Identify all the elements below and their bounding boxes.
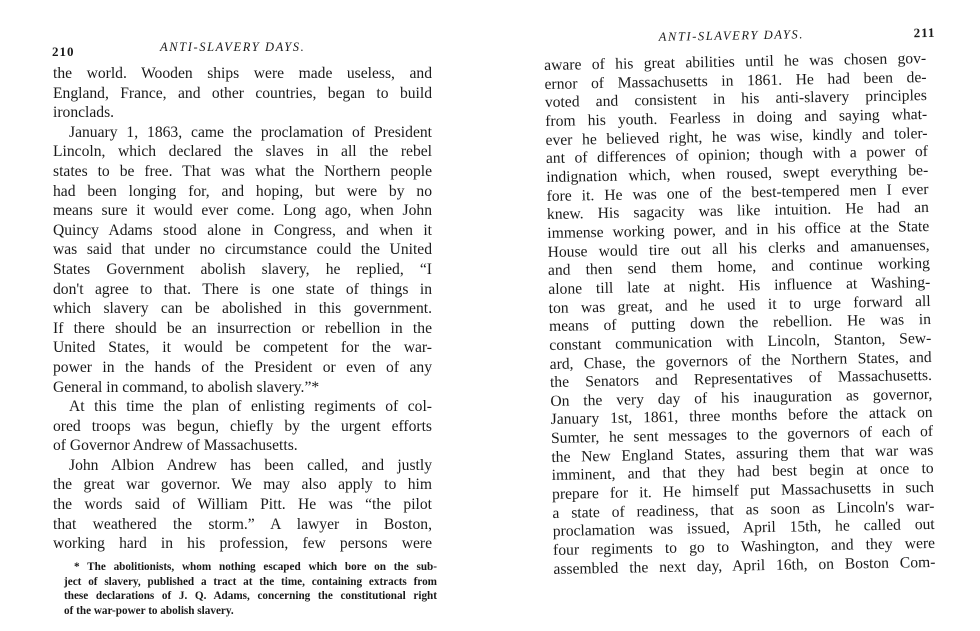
text-line: At this time the plan of enlisting regim…	[53, 397, 432, 417]
text-line: United States, it would be competent for…	[53, 338, 432, 358]
right-page: ANTI-SLAVERY DAYS. 211 aware of his grea…	[490, 0, 980, 631]
running-head-right: ANTI-SLAVERY DAYS.	[659, 27, 805, 45]
right-body-text: aware of his great abilities until he wa…	[544, 50, 936, 579]
page-number-left: 210	[52, 44, 75, 60]
left-footnote: * The abolitionists, whom nothing escape…	[64, 560, 437, 618]
text-line: General in command, to abolish slavery.”…	[53, 378, 432, 398]
text-line: If there should be an insurrection or re…	[53, 319, 432, 339]
text-line: Quincy Adams stood alone in Congress, an…	[53, 221, 432, 241]
text-line: England, France, and other countries, be…	[53, 84, 432, 104]
page-number-right: 211	[914, 25, 936, 41]
text-line: States Government abolish slavery, he re…	[53, 260, 432, 280]
text-line: the world. Wooden ships were made useles…	[53, 64, 432, 84]
text-line: the great war governor. We may also appl…	[53, 475, 432, 495]
text-line: that weathered the storm.” A lawyer in B…	[53, 515, 432, 535]
text-line: power in the hands of the President or e…	[53, 358, 432, 378]
text-line: states to be free. That was what the Nor…	[53, 162, 432, 182]
text-line: means sure it would ever come. Long ago,…	[53, 201, 432, 221]
right-page-content: ANTI-SLAVERY DAYS. 211 aware of his grea…	[490, 0, 980, 631]
footnote-line: ject of slavery, published a tract at th…	[64, 575, 437, 590]
footnote-line: these declarations of J. Q. Adams, conce…	[64, 589, 437, 604]
left-body-text: the world. Wooden ships were made useles…	[53, 64, 432, 554]
text-line: was said that under no circumstance coul…	[53, 240, 432, 260]
left-page: 210 ANTI-SLAVERY DAYS. the world. Wooden…	[0, 0, 490, 631]
text-line: the words said of William Pitt. He was “…	[53, 495, 432, 515]
text-line: had been longing for, and hoping, but we…	[53, 182, 432, 202]
text-line: ored troops was begun, chiefly by the ur…	[53, 417, 432, 437]
footnote-line: of the war-power to abolish slavery.	[64, 604, 437, 619]
footnote-line: * The abolitionists, whom nothing escape…	[64, 560, 437, 575]
text-line: ironclads.	[53, 103, 432, 123]
text-line: working hard in his profession, few pers…	[53, 534, 432, 554]
running-head-left: ANTI-SLAVERY DAYS.	[160, 40, 305, 55]
text-line: of Governor Andrew of Massachusetts.	[53, 436, 432, 456]
text-line: John Albion Andrew has been called, and …	[53, 456, 432, 476]
text-line: Lincoln, which declared the slaves in al…	[53, 142, 432, 162]
text-line: don't agree to that. There is one state …	[53, 280, 432, 300]
text-line: January 1, 1863, came the proclamation o…	[53, 123, 432, 143]
text-line: which slavery can be abolished in this g…	[53, 299, 432, 319]
